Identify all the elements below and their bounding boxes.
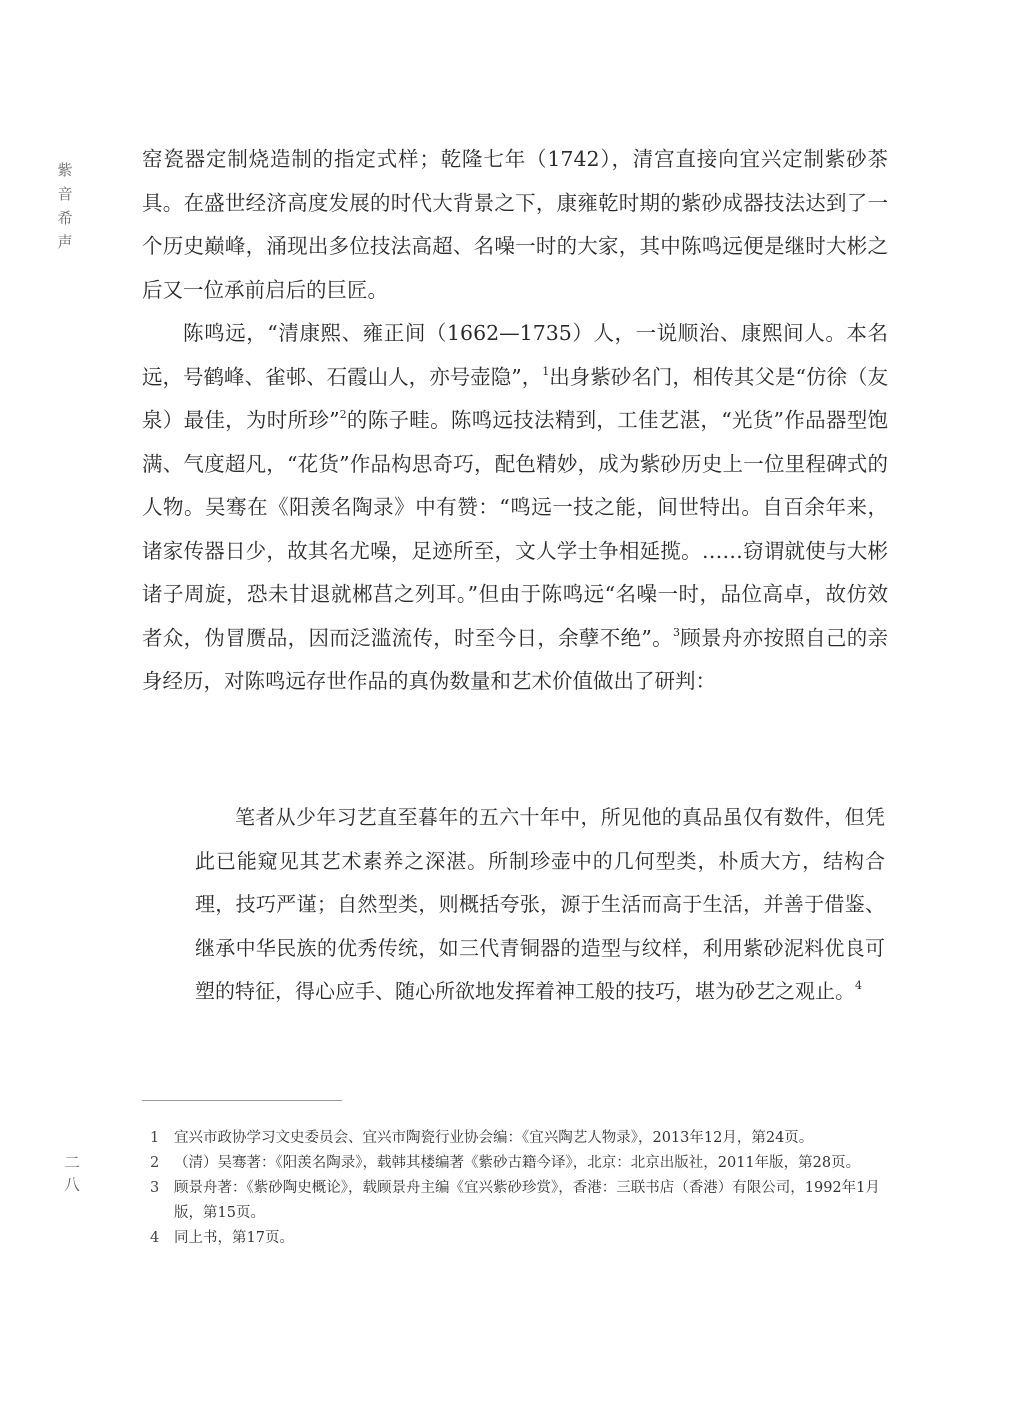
running-title-char: 音 xyxy=(55,182,75,206)
footnote-text: 顾景舟著：《紫砂陶史概论》，载顾景舟主编《宜兴紫砂珍赏》，香港：三联书店（香港）… xyxy=(174,1176,892,1226)
footnote-text: 同上书，第17页。 xyxy=(174,1226,892,1251)
footnote-divider xyxy=(142,1100,342,1101)
footnote-number: 2 xyxy=(142,1151,174,1176)
page-number-char: 二 xyxy=(60,1152,84,1174)
footnote: 4 同上书，第17页。 xyxy=(142,1226,892,1251)
paragraph: 陈鸣远，“清康熙、雍正间（1662—1735）人，一说顺治、康熙间人。本名远，号… xyxy=(142,312,888,704)
footnote-number: 1 xyxy=(142,1126,174,1151)
footnote-ref[interactable]: 2 xyxy=(340,408,347,421)
page-number-char: 八 xyxy=(60,1174,84,1196)
footnote-number: 4 xyxy=(142,1226,174,1251)
quote-text: 笔者从少年习艺直至暮年的五六十年中，所见他的真品虽仅有数件，但凭此已能窥见其艺术… xyxy=(195,805,885,1003)
footnote-text: （清）吴骞著：《阳羡名陶录》，载韩其楼编著《紫砂古籍今译》，北京：北京出版社，2… xyxy=(174,1151,892,1176)
footnote-number: 3 xyxy=(142,1176,174,1226)
footnote-ref[interactable]: 4 xyxy=(855,979,862,992)
text-run: 的陈子畦。陈鸣远技法精到，工佳艺湛，“光货”作品器型饱满、气度超凡，“花货”作品… xyxy=(142,408,888,650)
footnote-text: 宜兴市政协学习文史委员会、宜兴市陶瓷行业协会编：《宜兴陶艺人物录》，2013年1… xyxy=(174,1126,892,1151)
running-title-char: 紫 xyxy=(55,158,75,182)
running-title-char: 希 xyxy=(55,206,75,230)
paragraph: 窑瓷器定制烧造制的指定式样；乾隆七年（1742），清宫直接向宜兴定制紫砂茶具。在… xyxy=(142,138,888,312)
footnote: 2 （清）吴骞著：《阳羡名陶录》，载韩其楼编著《紫砂古籍今译》，北京：北京出版社… xyxy=(142,1151,892,1176)
running-title-char: 声 xyxy=(55,230,75,254)
body-text: 窑瓷器定制烧造制的指定式样；乾隆七年（1742），清宫直接向宜兴定制紫砂茶具。在… xyxy=(142,138,888,704)
footnote: 3 顾景舟著：《紫砂陶史概论》，载顾景舟主编《宜兴紫砂珍赏》，香港：三联书店（香… xyxy=(142,1176,892,1226)
block-quote: 笔者从少年习艺直至暮年的五六十年中，所见他的真品虽仅有数件，但凭此已能窥见其艺术… xyxy=(195,796,885,1014)
footnotes: 1 宜兴市政协学习文史委员会、宜兴市陶瓷行业协会编：《宜兴陶艺人物录》，2013… xyxy=(142,1126,892,1251)
footnote: 1 宜兴市政协学习文史委员会、宜兴市陶瓷行业协会编：《宜兴陶艺人物录》，2013… xyxy=(142,1126,892,1151)
footnote-ref[interactable]: 3 xyxy=(673,626,680,639)
page-number: 二 八 xyxy=(60,1152,84,1196)
running-title: 紫 音 希 声 xyxy=(55,158,75,254)
